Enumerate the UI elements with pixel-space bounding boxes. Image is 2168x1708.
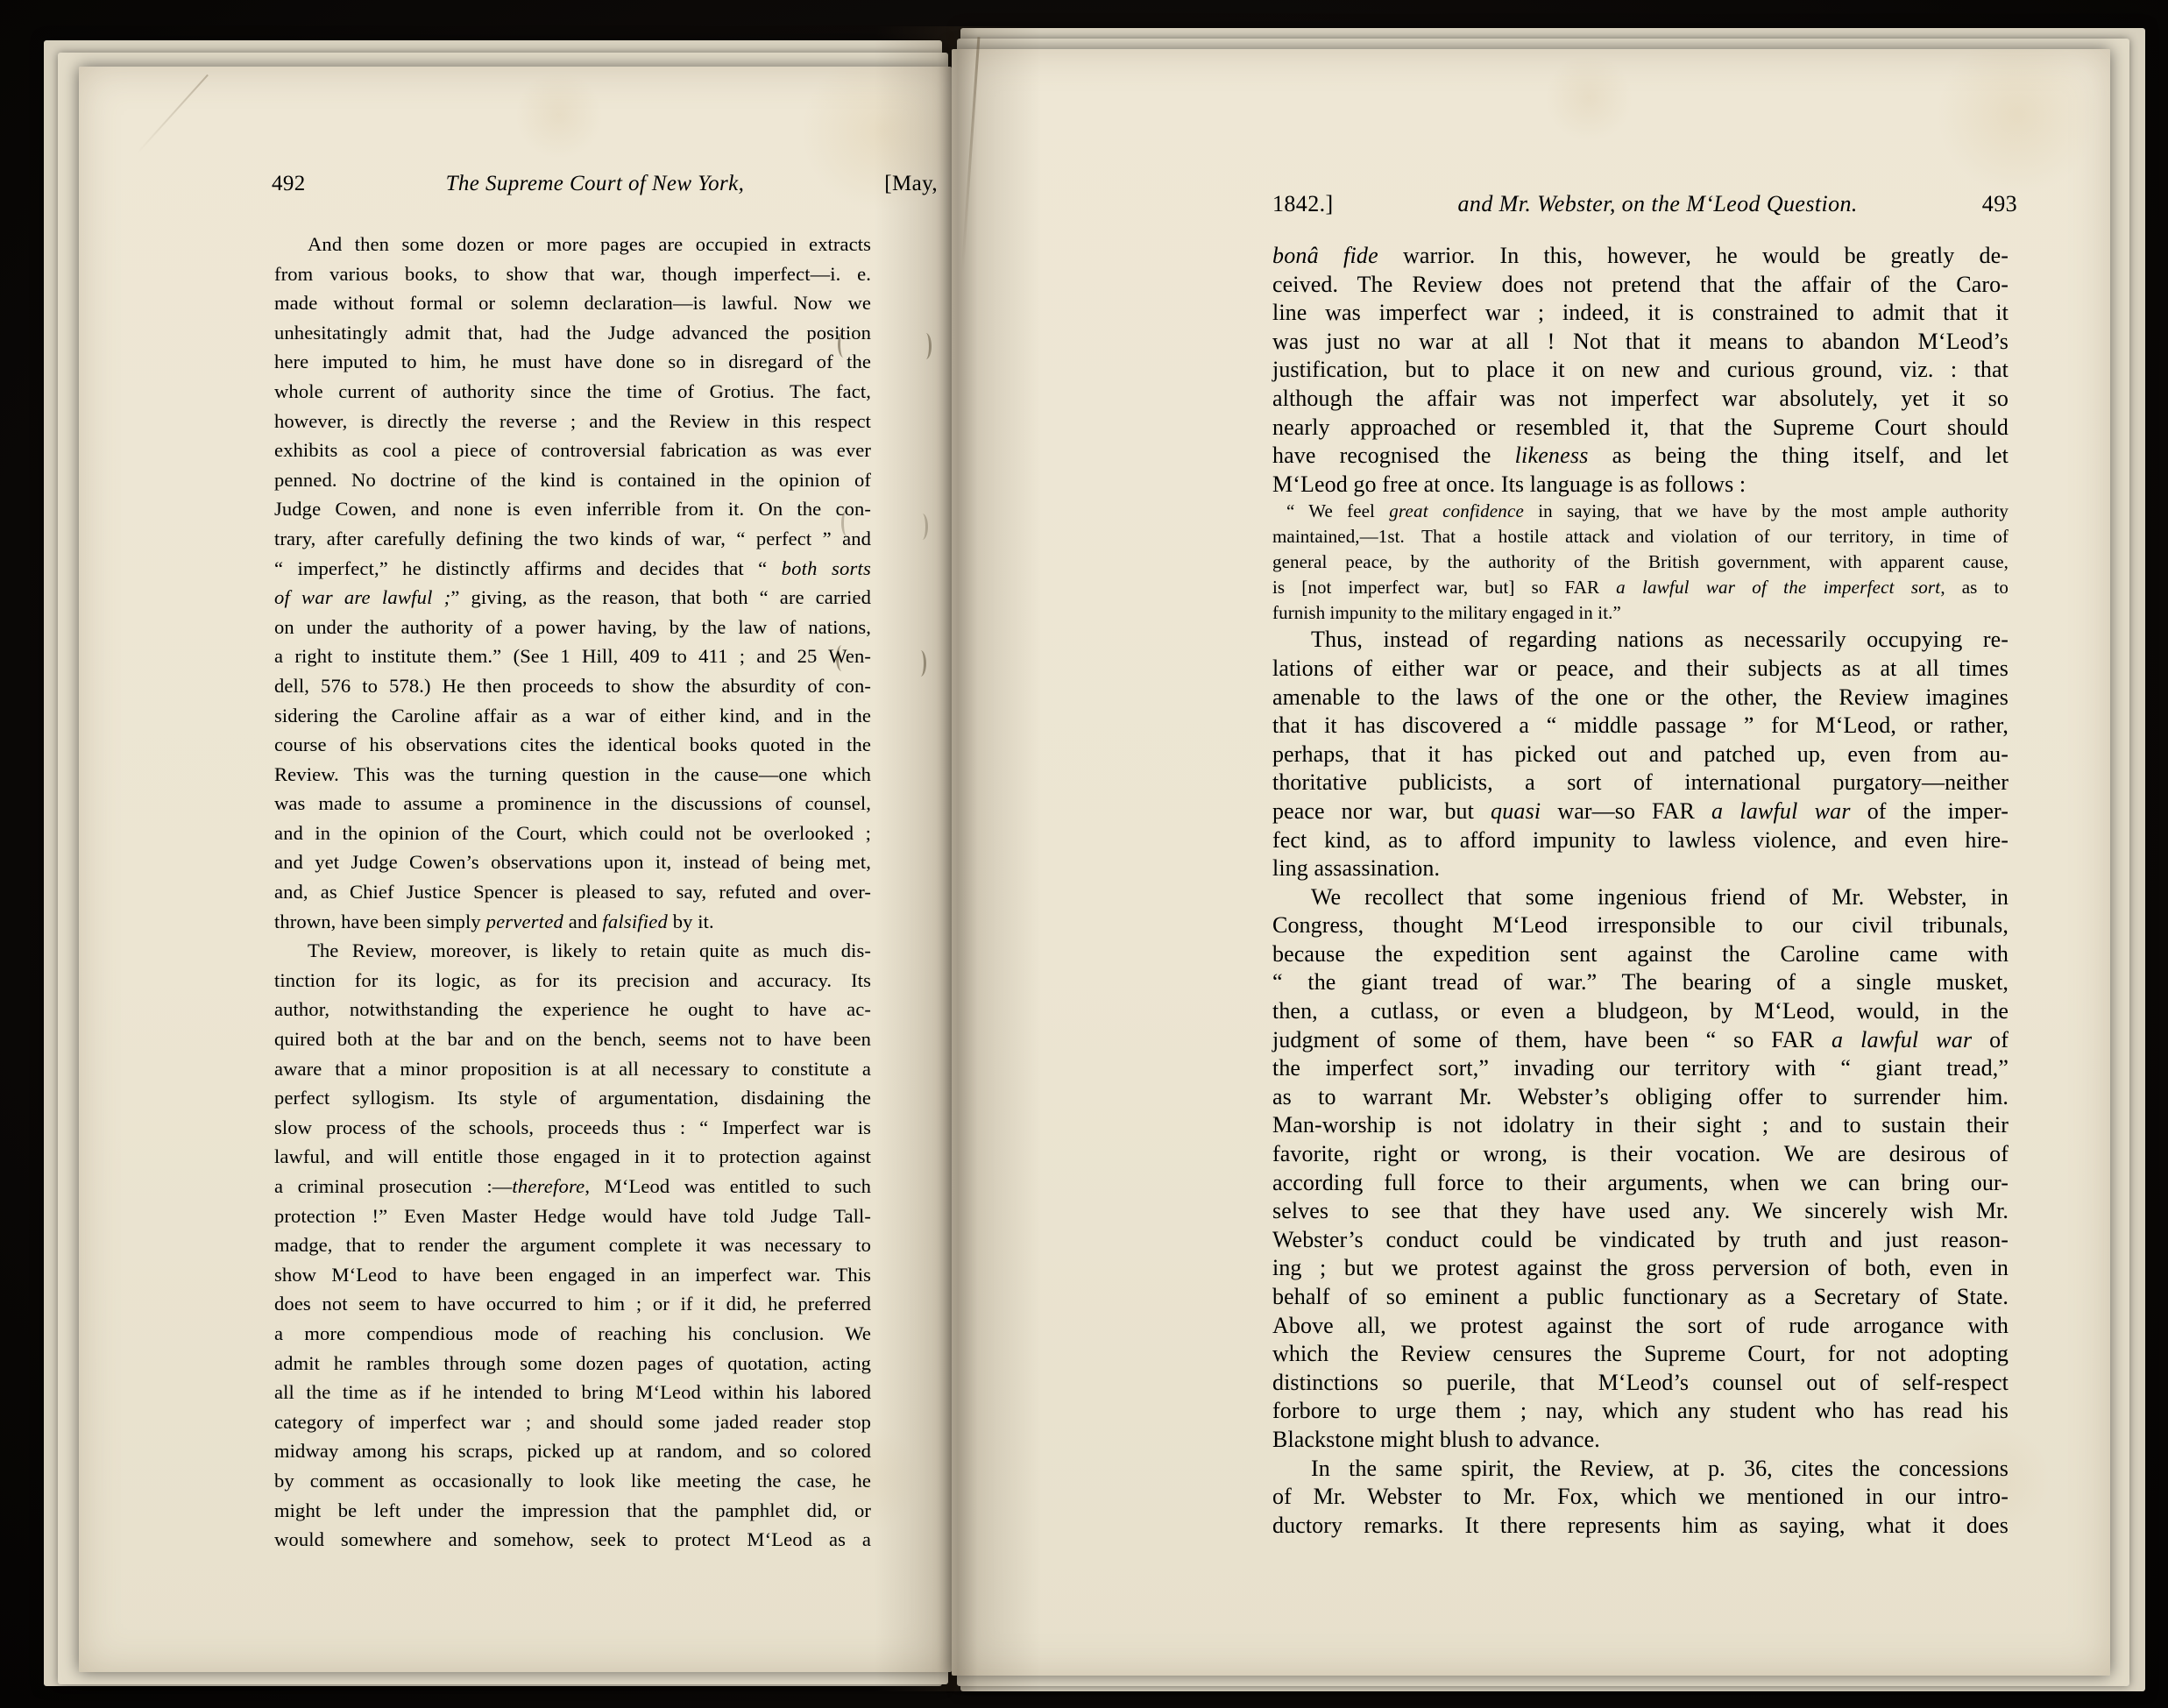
text-line: is [not imperfect war, but] so FAR a law… xyxy=(1272,575,2009,600)
text-line: have recognised the likeness as being th… xyxy=(1272,442,2009,471)
text-line: although the affair was not imperfect wa… xyxy=(1272,385,2009,414)
text-line: and, as Chief Justice Spencer is pleased… xyxy=(274,877,871,907)
text-line: was made to assume a prominence in the d… xyxy=(274,789,871,819)
text-line: course of his observations cites the ide… xyxy=(274,730,871,760)
issue-date: [May, xyxy=(884,172,938,196)
text-line: exhibits as cool a piece of controversia… xyxy=(274,436,871,465)
text-line: justification, but to place it on new an… xyxy=(1272,356,2009,385)
text-line: made without formal or solemn declaratio… xyxy=(274,288,871,318)
paragraph: And then some dozen or more pages are oc… xyxy=(274,230,871,936)
text-line: does not seem to have occurred to him ; … xyxy=(274,1289,871,1319)
text-line: trary, after carefully defining the two … xyxy=(274,524,871,554)
text-line: on under the authority of a power having… xyxy=(274,613,871,642)
text-line: Man-worship is not idolatry in their sig… xyxy=(1272,1111,2009,1140)
text-line: of war are lawful ;” giving, as the reas… xyxy=(274,583,871,613)
text-line: by comment as occasionally to look like … xyxy=(274,1466,871,1496)
text-line: judgment of some of them, have been “ so… xyxy=(1272,1026,2009,1055)
text-line: bonâ fide warrior. In this, however, he … xyxy=(1272,242,2009,271)
text-line: madge, that to render the argument compl… xyxy=(274,1230,871,1260)
text-line: general peace, by the authority of the B… xyxy=(1272,549,2009,575)
text-line: maintained,—1st. That a hostile attack a… xyxy=(1272,524,2009,549)
book-scan: 492 The Supreme Court of New York, [May,… xyxy=(0,0,2168,1708)
text-line: a right to institute them.” (See 1 Hill,… xyxy=(274,641,871,671)
text-line: distinctions so puerile, that M‘Leod’s c… xyxy=(1272,1369,2009,1398)
text-line: slow process of the schools, proceeds th… xyxy=(274,1113,871,1143)
text-line: Judge Cowen, and none is even inferrible… xyxy=(274,494,871,524)
text-line: then, a cutlass, or even a bludgeon, by … xyxy=(1272,997,2009,1026)
text-line: favorite, right or wrong, is their vocat… xyxy=(1272,1140,2009,1169)
text-line: “ the giant tread of war.” The bearing o… xyxy=(1272,968,2009,997)
text-line: ing ; but we protest against the gross p… xyxy=(1272,1254,2009,1283)
page-body: bonâ fide warrior. In this, however, he … xyxy=(1272,242,2009,1540)
text-line: “ imperfect,” he distinctly affirms and … xyxy=(274,554,871,584)
text-line: lawful, and will entitle those engaged i… xyxy=(274,1142,871,1172)
paragraph: The Review, moreover, is likely to retai… xyxy=(274,936,871,1554)
text-line: perfect syllogism. Its style of argument… xyxy=(274,1083,871,1113)
text-line: tinction for its logic, as for its preci… xyxy=(274,966,871,996)
text-line: lations of either war or peace, and thei… xyxy=(1272,655,2009,684)
text-line: however, is directly the reverse ; and t… xyxy=(274,407,871,436)
text-line: all the time as if he intended to bring … xyxy=(274,1378,871,1407)
text-line: amenable to the laws of the one or the o… xyxy=(1272,684,2009,712)
text-line: forbore to urge them ; nay, which any st… xyxy=(1272,1397,2009,1426)
text-line: We recollect that some ingenious friend … xyxy=(1272,883,2009,912)
text-line: was just no war at all ! Not that it mea… xyxy=(1272,328,2009,357)
text-line: furnish impunity to the military engaged… xyxy=(1272,600,2009,626)
text-line: behalf of so eminent a public functionar… xyxy=(1272,1283,2009,1312)
text-line: midway among his scraps, picked up at ra… xyxy=(274,1436,871,1466)
text-line: from various books, to show that war, th… xyxy=(274,259,871,289)
text-line: would somewhere and somehow, seek to pro… xyxy=(274,1525,871,1555)
page-header: 492 The Supreme Court of New York, [May, xyxy=(272,172,938,196)
issue-date: 1842.] xyxy=(1272,191,1334,217)
paragraph: bonâ fide warrior. In this, however, he … xyxy=(1272,242,2009,499)
text-line: admit he rambles through some dozen page… xyxy=(274,1349,871,1378)
text-line: In the same spirit, the Review, at p. 36… xyxy=(1272,1455,2009,1484)
page-header: 1842.] and Mr. Webster, on the M‘Leod Qu… xyxy=(1272,191,2017,217)
text-line: because the expedition sent against the … xyxy=(1272,940,2009,969)
text-line: And then some dozen or more pages are oc… xyxy=(274,230,871,259)
text-line: protection !” Even Master Hedge would ha… xyxy=(274,1201,871,1231)
text-line: quired both at the bar and on the bench,… xyxy=(274,1024,871,1054)
text-line: a criminal prosecution :—therefore, M‘Le… xyxy=(274,1172,871,1201)
page-body: And then some dozen or more pages are oc… xyxy=(274,230,871,1555)
text-line: Thus, instead of regarding nations as ne… xyxy=(1272,626,2009,655)
text-line: penned. No doctrine of the kind is conta… xyxy=(274,465,871,495)
running-title: and Mr. Webster, on the M‘Leod Question. xyxy=(1458,191,1858,217)
text-line: category of imperfect war ; and should s… xyxy=(274,1407,871,1437)
page-number: 493 xyxy=(1982,191,2017,217)
text-line: whole current of authority since the tim… xyxy=(274,377,871,407)
text-line: a more compendious mode of reaching his … xyxy=(274,1319,871,1349)
page-number: 492 xyxy=(272,172,306,196)
running-title: The Supreme Court of New York, xyxy=(446,172,745,196)
text-line: Webster’s conduct could be vindicated by… xyxy=(1272,1226,2009,1255)
text-line: as to warrant Mr. Webster’s obliging off… xyxy=(1272,1083,2009,1112)
text-line: aware that a minor proposition is at all… xyxy=(274,1054,871,1084)
text-line: unhesitatingly admit that, had the Judge… xyxy=(274,318,871,348)
text-line: Blackstone might blush to advance. xyxy=(1272,1426,2009,1455)
text-line: and in the opinion of the Court, which c… xyxy=(274,819,871,848)
text-line: “ We feel great confidence in saying, th… xyxy=(1272,499,2009,524)
text-line: sidering the Caroline affair as a war of… xyxy=(274,701,871,731)
text-line: thoritative publicists, a sort of intern… xyxy=(1272,769,2009,797)
text-line: which the Review censures the Supreme Co… xyxy=(1272,1340,2009,1369)
text-line: Congress, thought M‘Leod irresponsible t… xyxy=(1272,911,2009,940)
paragraph: We recollect that some ingenious friend … xyxy=(1272,883,2009,1455)
text-line: thrown, have been simply perverted and f… xyxy=(274,907,871,937)
text-line: that it has discovered a “ middle passag… xyxy=(1272,712,2009,741)
text-line: line was imperfect war ; indeed, it is c… xyxy=(1272,299,2009,328)
text-line: ling assassination. xyxy=(1272,854,2009,883)
text-line: The Review, moreover, is likely to retai… xyxy=(274,936,871,966)
text-line: author, notwithstanding the experience h… xyxy=(274,995,871,1024)
text-line: of Mr. Webster to Mr. Fox, which we ment… xyxy=(1272,1483,2009,1512)
text-line: ceived. The Review does not pretend that… xyxy=(1272,271,2009,300)
text-line: dell, 576 to 578.) He then proceeds to s… xyxy=(274,671,871,701)
text-line: show M‘Leod to have been engaged in an i… xyxy=(274,1260,871,1290)
text-line: and yet Judge Cowen’s observations upon … xyxy=(274,847,871,877)
text-line: selves to see that they have used any. W… xyxy=(1272,1197,2009,1226)
paragraph: Thus, instead of regarding nations as ne… xyxy=(1272,626,2009,882)
quoted-extract: “ We feel great confidence in saying, th… xyxy=(1272,499,2009,626)
text-line: might be left under the impression that … xyxy=(274,1496,871,1526)
text-line: ductory remarks. It there represents him… xyxy=(1272,1512,2009,1541)
text-line: according full force to their arguments,… xyxy=(1272,1169,2009,1198)
text-line: Review. This was the turning question in… xyxy=(274,760,871,790)
paragraph: In the same spirit, the Review, at p. 36… xyxy=(1272,1455,2009,1541)
text-line: peace nor war, but quasi war—so FAR a la… xyxy=(1272,797,2009,826)
text-line: fect kind, as to afford impunity to lawl… xyxy=(1272,826,2009,855)
text-line: here imputed to him, he must have done s… xyxy=(274,347,871,377)
text-line: M‘Leod go free at once. Its language is … xyxy=(1272,471,2009,500)
text-line: Above all, we protest against the sort o… xyxy=(1272,1312,2009,1341)
text-line: perhaps, that it has picked out and patc… xyxy=(1272,741,2009,769)
text-line: the imperfect sort,” invading our territ… xyxy=(1272,1054,2009,1083)
text-line: nearly approached or resembled it, that … xyxy=(1272,414,2009,443)
